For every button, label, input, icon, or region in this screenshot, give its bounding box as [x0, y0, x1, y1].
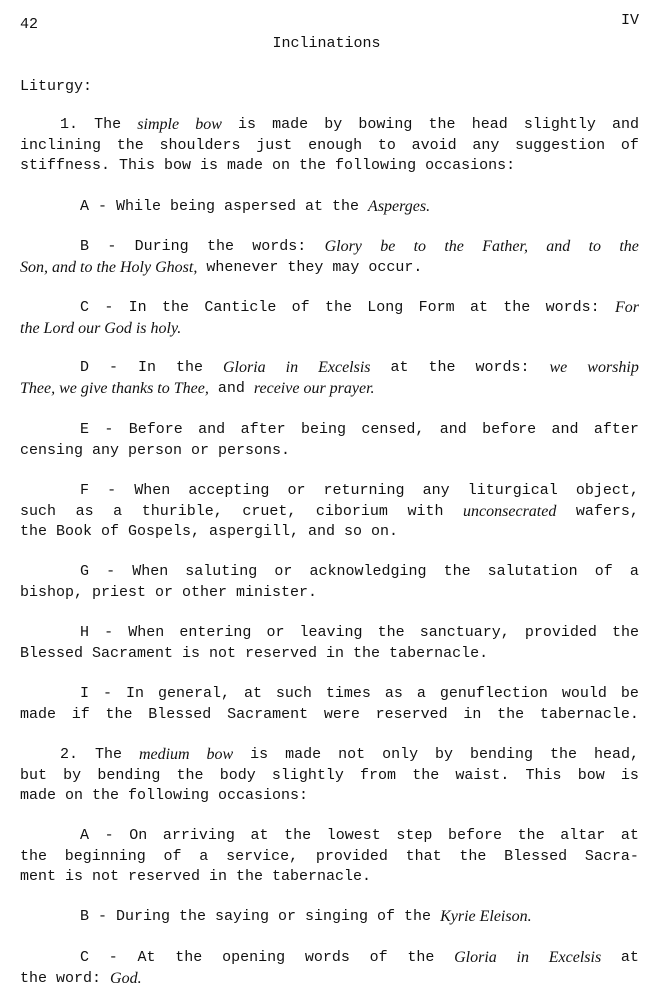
word: slightly: [524, 115, 596, 135]
word: is: [238, 115, 256, 135]
text-line: the word: God.: [20, 969, 639, 989]
word: the: [429, 358, 456, 378]
word: and: [612, 115, 639, 135]
word: lowest: [327, 826, 381, 846]
word: bowing: [358, 115, 412, 135]
word: -: [104, 420, 113, 440]
word: acknowledging: [309, 562, 426, 582]
word: Blessed: [148, 705, 211, 725]
word: the: [459, 847, 486, 867]
word: before: [482, 420, 536, 440]
word: Excelsis: [549, 948, 601, 968]
word: to: [378, 136, 396, 156]
word: censed,: [361, 420, 424, 440]
word: after: [241, 420, 286, 440]
word: provided: [525, 623, 597, 643]
word: leaving: [300, 623, 363, 643]
text-line: the Lord our God is holy.: [20, 319, 639, 339]
word: just: [256, 136, 292, 156]
word: accepting: [188, 481, 269, 501]
word: medium: [139, 745, 190, 765]
text-line: I-Ingeneral,atsuchtimesasagenuflectionwo…: [20, 684, 639, 704]
word: Gloria: [223, 358, 266, 378]
italic-text: receive our prayer.: [254, 379, 375, 399]
word: the: [619, 237, 639, 257]
word: words:: [252, 237, 306, 257]
word: at: [244, 684, 262, 704]
word: In: [138, 358, 156, 378]
word: of: [292, 298, 310, 318]
word: During: [135, 237, 189, 257]
word: -: [107, 237, 116, 257]
word: Canticle: [204, 298, 276, 318]
text-line: suchasathurible,cruet,ciboriumwithuncons…: [20, 502, 639, 522]
word: the: [444, 562, 471, 582]
text: stiffness. This bow is made on the follo…: [20, 156, 515, 176]
word: The: [94, 115, 121, 135]
word: made: [272, 115, 308, 135]
text: A - While being aspersed at the: [80, 197, 368, 217]
text: B - During the saying or singing of the: [80, 907, 440, 927]
word: step: [396, 826, 432, 846]
word: saluting: [185, 562, 257, 582]
text-line: E-Beforeandafterbeingcensed,andbeforeand…: [20, 420, 639, 440]
word: and: [546, 237, 570, 257]
word: after: [594, 420, 639, 440]
word: thurible,: [142, 502, 223, 522]
text-line: censing any person or persons.: [20, 441, 639, 461]
word: of: [595, 562, 613, 582]
word: head: [472, 115, 508, 135]
word: provided: [316, 847, 388, 867]
word: body: [220, 766, 256, 786]
word: a: [630, 562, 639, 582]
text-line: F-Whenacceptingorreturninganyliturgicalo…: [20, 481, 639, 501]
word: In: [126, 684, 144, 704]
word: with: [407, 502, 443, 522]
word: inclining: [20, 136, 101, 156]
word: Glory: [325, 237, 362, 257]
word: the: [207, 237, 234, 257]
word: but: [20, 766, 47, 786]
text-line: the Book of Gospels, aspergill, and so o…: [20, 522, 639, 542]
italic-text: Son, and to the Holy Ghost,: [20, 258, 197, 278]
word: the: [429, 115, 456, 135]
word: C: [80, 298, 89, 318]
word: Blessed: [504, 847, 567, 867]
word: or: [274, 562, 292, 582]
word: bending: [470, 745, 533, 765]
word: at: [621, 948, 639, 968]
word: before: [448, 826, 502, 846]
word: Before: [129, 420, 183, 440]
word: enough: [308, 136, 362, 156]
word: When: [134, 481, 170, 501]
word: C: [80, 948, 89, 968]
word: cruet,: [242, 502, 296, 522]
word: being: [301, 420, 346, 440]
word: waist.: [455, 766, 509, 786]
text-line: B - During the saying or singing of the …: [20, 907, 639, 927]
word: sanctuary,: [420, 623, 510, 643]
word: object,: [576, 481, 639, 501]
word: -: [105, 826, 114, 846]
word: ciborium: [316, 502, 388, 522]
word: the: [177, 766, 204, 786]
word: unconsecrated: [463, 502, 556, 522]
word: the: [612, 623, 639, 643]
word: the: [503, 298, 530, 318]
text-line: H-Whenenteringorleavingthesanctuary,prov…: [20, 623, 639, 643]
text-line: Thee, we give thanks to Thee, and receiv…: [20, 379, 639, 399]
text-line: made on the following occasions:: [20, 786, 639, 806]
word: -: [106, 562, 115, 582]
italic-text: the Lord our God is holy.: [20, 319, 181, 339]
word: H: [80, 623, 89, 643]
text-line: incliningtheshouldersjustenoughtoavoidan…: [20, 136, 639, 156]
word: When: [132, 562, 168, 582]
word: a: [113, 502, 122, 522]
word: the: [497, 705, 524, 725]
word: -: [104, 298, 113, 318]
word: On: [129, 826, 147, 846]
word: slightly: [272, 766, 344, 786]
word: A: [80, 826, 89, 846]
word: D: [80, 358, 89, 378]
word: Sacra-: [585, 847, 639, 867]
word: not: [338, 745, 365, 765]
word: the: [162, 298, 189, 318]
word: beginning: [65, 847, 146, 867]
word: 1.: [60, 115, 78, 135]
word: In: [129, 298, 147, 318]
text: Blessed Sacrament is not reserved in the…: [20, 644, 488, 664]
text-line: C-AttheopeningwordsoftheGloriainExcelsis…: [20, 948, 639, 968]
word: at: [391, 358, 409, 378]
word: as: [385, 684, 403, 704]
word: At: [138, 948, 156, 968]
word: Father,: [482, 237, 528, 257]
word: When: [128, 623, 164, 643]
text-line: A-Onarrivingattheloweststepbeforethealta…: [20, 826, 639, 846]
word: made: [20, 705, 56, 725]
text: ment is not reserved in the tabernacle.: [20, 867, 371, 887]
word: times: [326, 684, 371, 704]
word: bow: [207, 745, 234, 765]
word: in: [463, 705, 481, 725]
word: bow: [578, 766, 605, 786]
word: Form: [419, 298, 455, 318]
word: words: [305, 948, 350, 968]
word: the: [325, 298, 352, 318]
word: worship: [587, 358, 639, 378]
text-line: ment is not reserved in the tabernacle.: [20, 867, 639, 887]
word: bow: [195, 115, 222, 135]
word: -: [107, 481, 116, 501]
word: E: [80, 420, 89, 440]
word: any: [472, 136, 499, 156]
word: service,: [226, 847, 298, 867]
word: the: [444, 237, 464, 257]
word: a: [417, 684, 426, 704]
word: or: [266, 623, 284, 643]
word: the: [518, 826, 545, 846]
word: wafers,: [576, 502, 639, 522]
word: to: [589, 237, 601, 257]
word: B: [80, 237, 89, 257]
word: and: [198, 420, 225, 440]
text-line: C-IntheCanticleoftheLongFormatthewords:F…: [20, 298, 639, 318]
word: of: [370, 948, 388, 968]
word: the: [407, 948, 434, 968]
text: censing any person or persons.: [20, 441, 290, 461]
word: or: [287, 481, 305, 501]
text-line: 1.Thesimplebowismadebybowingtheheadsligh…: [20, 115, 639, 135]
word: F: [80, 481, 89, 501]
word: if: [72, 705, 90, 725]
word: words:: [546, 298, 600, 318]
word: is: [250, 745, 268, 765]
word: words:: [476, 358, 530, 378]
word: the: [412, 766, 439, 786]
word: and: [552, 420, 579, 440]
word: the: [117, 136, 144, 156]
word: liturgical: [468, 481, 558, 501]
word: altar: [560, 826, 605, 846]
italic-text: God.: [110, 969, 142, 989]
word: bending: [97, 766, 160, 786]
text-line: madeiftheBlessedSacramentwerereservedint…: [20, 705, 639, 725]
word: by: [324, 115, 342, 135]
word: at: [621, 826, 639, 846]
word: the: [176, 358, 203, 378]
word: such: [20, 502, 56, 522]
word: the: [378, 623, 405, 643]
text-line: Son, and to the Holy Ghost, whenever the…: [20, 258, 639, 278]
word: returning: [324, 481, 405, 501]
word: is: [621, 766, 639, 786]
text-line: D-IntheGloriainExcelsisatthewords:wewors…: [20, 358, 639, 378]
word: -: [109, 948, 118, 968]
word: be: [621, 684, 639, 704]
text-line: butbybendingthebodyslightlyfromthewaist.…: [20, 766, 639, 786]
word: opening: [222, 948, 285, 968]
word: avoid: [412, 136, 457, 156]
word: entering: [179, 623, 251, 643]
text-line: bishop, priest or other minister.: [20, 583, 639, 603]
word: any: [423, 481, 450, 501]
page-number: 42: [20, 16, 38, 33]
word: Long: [367, 298, 403, 318]
word: 2.: [60, 745, 78, 765]
word: the: [20, 847, 47, 867]
word: in: [517, 948, 529, 968]
text: bishop, priest or other minister.: [20, 583, 317, 603]
word: the: [175, 948, 202, 968]
text-line: Blessed Sacrament is not reserved in the…: [20, 644, 639, 664]
text-line: stiffness. This bow is made on the follo…: [20, 156, 639, 176]
word: Gloria: [454, 948, 497, 968]
word: at: [251, 826, 269, 846]
word: a: [199, 847, 208, 867]
word: general,: [158, 684, 230, 704]
italic-text: Thee, we give thanks to Thee,: [20, 379, 209, 399]
text-line: B-Duringthewords:GlorybetotheFather,andt…: [20, 237, 639, 257]
section-label: Liturgy:: [20, 78, 92, 95]
text: the Book of Gospels, aspergill, and so o…: [20, 522, 398, 542]
word: suggestion: [515, 136, 605, 156]
text: whenever they may occur.: [197, 258, 422, 278]
word: we: [550, 358, 568, 378]
word: as: [76, 502, 94, 522]
text-line: A - While being aspersed at the Asperges…: [20, 197, 639, 217]
word: and: [440, 420, 467, 440]
word: only: [382, 745, 418, 765]
word: made: [285, 745, 321, 765]
text: the word:: [20, 969, 110, 989]
word: tabernacle.: [540, 705, 639, 725]
word: at: [470, 298, 488, 318]
text-line: thebeginningofaservice,providedthattheBl…: [20, 847, 639, 867]
word: by: [63, 766, 81, 786]
word: to: [414, 237, 426, 257]
word: genuflection: [440, 684, 548, 704]
italic-text: Kyrie Eleison.: [440, 907, 532, 927]
word: of: [164, 847, 182, 867]
word: were: [324, 705, 360, 725]
italic-text: Asperges.: [368, 197, 430, 217]
word: G: [80, 562, 89, 582]
word: arriving: [163, 826, 235, 846]
word: -: [109, 358, 118, 378]
text: and: [209, 379, 254, 399]
word: This: [526, 766, 562, 786]
word: For: [615, 298, 639, 318]
word: the: [284, 826, 311, 846]
word: in: [286, 358, 298, 378]
word: Sacrament: [227, 705, 308, 725]
word: of: [621, 136, 639, 156]
word: salutation: [488, 562, 578, 582]
word: shoulders: [160, 136, 241, 156]
text-line: 2.Themediumbowismadenotonlybybendingtheh…: [20, 745, 639, 765]
word: -: [104, 623, 113, 643]
chapter-number: IV: [621, 12, 639, 29]
word: simple: [137, 115, 179, 135]
word: reserved: [376, 705, 448, 725]
word: that: [406, 847, 442, 867]
text-line: G-Whensalutingoracknowledgingthesalutati…: [20, 562, 639, 582]
word: the: [550, 745, 577, 765]
word: head,: [594, 745, 639, 765]
word: be: [380, 237, 395, 257]
word: such: [276, 684, 312, 704]
word: Excelsis: [318, 358, 370, 378]
page-title: Inclinations: [0, 35, 653, 52]
word: I: [80, 684, 89, 704]
word: from: [360, 766, 396, 786]
text: made on the following occasions:: [20, 786, 308, 806]
word: The: [95, 745, 122, 765]
word: the: [106, 705, 133, 725]
word: by: [435, 745, 453, 765]
word: would: [562, 684, 607, 704]
word: -: [103, 684, 112, 704]
